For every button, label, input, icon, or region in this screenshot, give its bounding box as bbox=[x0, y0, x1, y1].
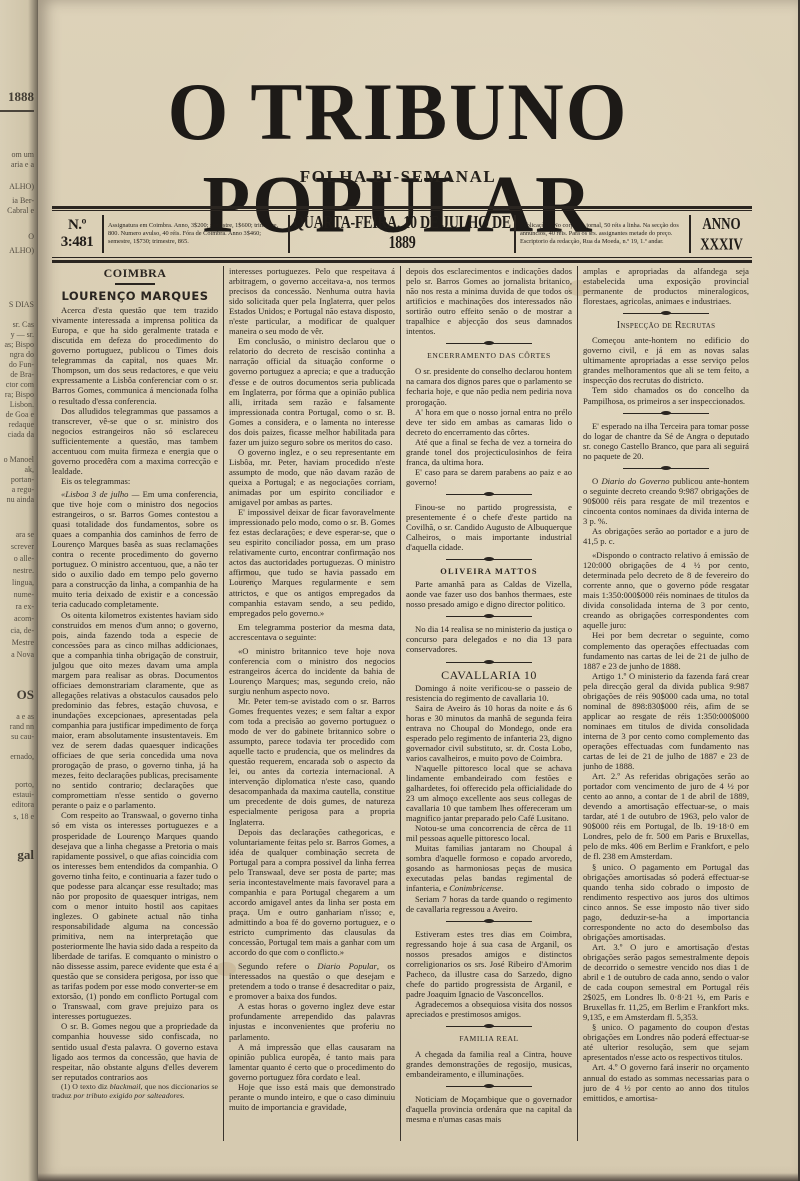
paragraph: N'aquelle pittoresco local que se achava… bbox=[406, 763, 572, 823]
column-divider bbox=[577, 266, 578, 1141]
article-heading: CAVALLARIA 10 bbox=[406, 670, 572, 680]
telegram-text: Em uma conferencia, que tive hoje com o … bbox=[52, 489, 218, 610]
paragraph: E' esperado na ilha Terceira para tomar … bbox=[583, 421, 749, 461]
previous-page-fragment: porto, bbox=[0, 780, 34, 789]
previous-page-fragment: a Nova bbox=[0, 650, 34, 659]
paragraph: Mr. Peter tem-se avistado com o sr. Barr… bbox=[229, 696, 395, 827]
previous-page-fragment: ernado, bbox=[0, 752, 34, 761]
section-heading: COIMBRA bbox=[52, 268, 218, 278]
newspaper-page: O TRIBUNO POPULAR FOLHA BI-SEMANAL N.º 3… bbox=[38, 0, 798, 1181]
previous-page-fragment: o alle- bbox=[0, 554, 34, 563]
previous-page-fragment: ra; Bispo bbox=[0, 390, 34, 399]
paragraph: Artigo 1.º O ministerio da fazenda fará … bbox=[583, 671, 749, 771]
subscription-prices: Assignatura em Coimbra. Anno, 3$200; sem… bbox=[104, 222, 288, 246]
paragraph-text: . bbox=[501, 883, 503, 893]
previous-page-fragment: portan- bbox=[0, 475, 34, 484]
paragraph: Seriam 7 horas da tarde quando o regimen… bbox=[406, 894, 572, 914]
ornament-rule bbox=[446, 559, 532, 560]
paragraph: Agradecemos a obsequiosa visita dos noss… bbox=[406, 999, 572, 1019]
paragraph: § unico. O pagamento do coupon d'estas o… bbox=[583, 1022, 749, 1062]
telegram-paragraph: «Lisboa 3 de julho — Em uma conferencia,… bbox=[52, 489, 218, 610]
ornament-rule bbox=[623, 413, 709, 414]
paragraph: A má impressão que ellas causaram na opi… bbox=[229, 1042, 395, 1082]
paragraph: A chegada da familia real a Cintra, houv… bbox=[406, 1049, 572, 1079]
paragraph: O governo inglez, e o seu representante … bbox=[229, 447, 395, 507]
issue-date: QUARTA-FEIRA, 10 DE JULHO DE 1889 bbox=[290, 214, 514, 254]
paragraph: Estiveram estes tres dias em Coimbra, re… bbox=[406, 929, 572, 999]
ornament-rule bbox=[446, 343, 532, 344]
ornament-rule bbox=[446, 616, 532, 617]
article-heading: Inspecção de Recrutas bbox=[583, 321, 749, 331]
previous-page-fragment: OS bbox=[0, 690, 34, 699]
paragraph: Com respeito ao Transwaal, o governo tin… bbox=[52, 810, 218, 1021]
header-rule bbox=[52, 257, 752, 258]
paragraph: Art. 3.º O juro e amortisação d'estas ob… bbox=[583, 942, 749, 1022]
paragraph: As obrigações serão ao portador e a juro… bbox=[583, 526, 749, 546]
previous-page-fragment: su cau- bbox=[0, 732, 34, 741]
previous-page-fragment: S DIAS bbox=[0, 300, 34, 309]
paragraph: «O ministro britannico teve hoje nova co… bbox=[229, 646, 395, 696]
paragraph: Em telegramma posterior da mesma data, a… bbox=[229, 622, 395, 642]
previous-page-fragment: de Bra- bbox=[0, 370, 34, 379]
article-headline: LOURENÇO MARQUES bbox=[52, 291, 218, 301]
ornament-rule bbox=[115, 283, 155, 285]
previous-page-fragment: ctor com bbox=[0, 380, 34, 389]
previous-page-fragment: nestre. bbox=[0, 566, 34, 575]
column-divider bbox=[400, 266, 401, 1141]
paragraph: Começou ante-hontem no edificio do gover… bbox=[583, 335, 749, 385]
column-3: depois dos esclarecimentos e indicações … bbox=[406, 266, 572, 1171]
previous-page-fragment: screver bbox=[0, 542, 34, 551]
previous-page-fragment: Lisbon. bbox=[0, 400, 34, 409]
previous-page-fragment: do Fun- bbox=[0, 360, 34, 369]
previous-page-fragment: as; Bispo bbox=[0, 340, 34, 349]
header-rule bbox=[52, 206, 752, 209]
previous-page-fragment: redaque bbox=[0, 420, 34, 429]
telegram-dateline: «Lisboa 3 de julho — bbox=[61, 489, 139, 499]
previous-page-fragment: O bbox=[0, 232, 34, 241]
footnote-text: (1) O texto diz bbox=[61, 1082, 110, 1091]
paragraph: Eis os telegrammas: bbox=[52, 476, 218, 486]
paragraph: Notou-se uma concorrencia de cêrca de 11… bbox=[406, 823, 572, 843]
previous-page-fragment: Mestre bbox=[0, 638, 34, 647]
paragraph: § unico. O pagamento em Portugal das obr… bbox=[583, 862, 749, 942]
previous-page-fragment: o Manoel bbox=[0, 455, 34, 464]
paragraph: O sr. presidente do conselho declarou ho… bbox=[406, 366, 572, 406]
paragraph: Muitas familias jantaram no Choupal á so… bbox=[406, 843, 572, 893]
previous-page-rule bbox=[0, 110, 34, 112]
previous-page-fragment: sr. Cas bbox=[0, 320, 34, 329]
publication-name: Diario Popular bbox=[317, 961, 376, 971]
previous-page-fragment: a regu- bbox=[0, 485, 34, 494]
paragraph: Hei por bem decretar o seguinte, como co… bbox=[583, 630, 749, 670]
previous-page-fragment: nume- bbox=[0, 590, 34, 599]
ornament-rule bbox=[623, 313, 709, 314]
footnote-text: blackmail bbox=[110, 1082, 141, 1091]
previous-page-fragment: de Goa e bbox=[0, 410, 34, 419]
column-4: amplas e apropriadas da alfandega seja e… bbox=[583, 266, 749, 1171]
ornament-rule bbox=[623, 468, 709, 469]
paragraph: amplas e apropriadas da alfandega seja e… bbox=[583, 266, 749, 306]
newspaper-subtitle: FOLHA BI-SEMANAL bbox=[78, 167, 718, 187]
paragraph: Parte amanhã para as Caldas de Vizella, … bbox=[406, 579, 572, 609]
paragraph: depois dos esclarecimentos e indicações … bbox=[406, 266, 572, 336]
ornament-rule bbox=[446, 921, 532, 922]
header-rule bbox=[52, 260, 752, 263]
previous-page-fragment: acom- bbox=[0, 614, 34, 623]
ornament-rule bbox=[446, 494, 532, 495]
paragraph: Finou-se no partido progressista, e pres… bbox=[406, 502, 572, 552]
previous-page-fragment: gal bbox=[0, 850, 34, 859]
previous-page-year: 1888 bbox=[0, 92, 34, 101]
previous-page-fragment: ALHO) bbox=[0, 182, 34, 191]
previous-page-fragment: Cabral e bbox=[0, 206, 34, 215]
ornament-rule bbox=[446, 662, 532, 663]
paragraph: «Dispondo o contracto relativo á emissão… bbox=[583, 550, 749, 630]
paragraph: Domingo á noite verificou-se o passeio d… bbox=[406, 683, 572, 703]
paragraph: O sr. B. Gomes negou que a propriedade d… bbox=[52, 1021, 218, 1081]
paragraph: Depois das declarações cathegoricas, e v… bbox=[229, 827, 395, 958]
ornament-rule bbox=[446, 1026, 532, 1027]
previous-page-fragment: lingua, bbox=[0, 578, 34, 587]
article-columns: COIMBRA LOURENÇO MARQUES Acerca d'esta q… bbox=[52, 266, 752, 1171]
footnote: (1) O texto diz blackmail, que nos dicci… bbox=[52, 1082, 218, 1100]
publication-name: Conimbricense bbox=[449, 883, 501, 893]
paragraph: Hoje que isso está mais que demonstrado … bbox=[229, 1082, 395, 1112]
paragraph: Acerca d'esta questão que tem trazido vi… bbox=[52, 305, 218, 405]
paragraph: Art. 2.º As referidas obrigações serão a… bbox=[583, 771, 749, 861]
issue-info-bar: N.º 3:481 Assignatura em Coimbra. Anno, … bbox=[52, 213, 752, 255]
paragraph: interesses portuguezes. Pelo que respeit… bbox=[229, 266, 395, 336]
previous-page-fragment: s, 18 e bbox=[0, 812, 34, 821]
ornament-rule bbox=[446, 1086, 532, 1087]
previous-page-edge: 1888om umaria e aALHO)ia Ber-Cabral eOAL… bbox=[0, 0, 40, 1181]
paragraph-text: Segundo refere o bbox=[238, 961, 317, 971]
previous-page-fragment: om um bbox=[0, 150, 34, 159]
article-heading: FAMILIA REAL bbox=[406, 1034, 572, 1044]
header-rule bbox=[52, 210, 752, 211]
previous-page-fragment: ia Ber- bbox=[0, 196, 34, 205]
publication-name: Diario do Governo bbox=[601, 476, 669, 486]
paragraph: Noticiam de Moçambique que o governador … bbox=[406, 1094, 572, 1124]
previous-page-fragment: a e as bbox=[0, 712, 34, 721]
paragraph: Tem sido chamados os do concelho da Pamp… bbox=[583, 385, 749, 405]
previous-page-fragment: ra ex- bbox=[0, 602, 34, 611]
column-divider bbox=[223, 266, 224, 1141]
paragraph: E' caso para se darem parabens ao paiz e… bbox=[406, 467, 572, 487]
paragraph: Segundo refere o Diario Popular, os inte… bbox=[229, 961, 395, 1001]
paragraph: A' hora em que o nosso jornal entra no p… bbox=[406, 407, 572, 437]
previous-page-fragment: ALHO) bbox=[0, 246, 34, 255]
paragraph: O Diario do Governo publicou ante-hontem… bbox=[583, 476, 749, 526]
previous-page-fragment: aria e a bbox=[0, 160, 34, 169]
previous-page-fragment: estaui- bbox=[0, 790, 34, 799]
previous-page-fragment: ara se bbox=[0, 530, 34, 539]
issue-number: N.º 3:481 bbox=[52, 217, 102, 251]
previous-page-fragment: rand nn bbox=[0, 722, 34, 731]
article-heading: OLIVEIRA MATTOS bbox=[406, 567, 572, 577]
previous-page-fragment: y — sr. bbox=[0, 330, 34, 339]
article-heading: ENCERRAMENTO DAS CÔRTES bbox=[406, 351, 572, 361]
paragraph: No dia 14 realisa se no ministerio da ju… bbox=[406, 624, 572, 654]
footnote-text: por tributo exigido por salteadores. bbox=[73, 1091, 184, 1100]
column-1: COIMBRA LOURENÇO MARQUES Acerca d'esta q… bbox=[52, 266, 218, 1171]
previous-page-fragment: ngra do bbox=[0, 350, 34, 359]
paragraph: E' impossivel deixar de ficar favoravelm… bbox=[229, 507, 395, 618]
paragraph: Art. 4.º O governo fará inserir no orçam… bbox=[583, 1062, 749, 1102]
paragraph: Até que a final se fecha de vez a tornei… bbox=[406, 437, 572, 467]
previous-page-fragment: ciada da bbox=[0, 430, 34, 439]
paragraph: Em conclusão, o ministro declarou que o … bbox=[229, 336, 395, 447]
previous-page-fragment: editora bbox=[0, 800, 34, 809]
previous-page-fragment: nu ainda bbox=[0, 495, 34, 504]
publication-prices: Publicações. No corpo do jornal, 50 réis… bbox=[516, 222, 689, 246]
paragraph: Os oitenta kilometros existentes haviam … bbox=[52, 610, 218, 811]
year-volume: ANNO XXXIV bbox=[691, 213, 752, 255]
column-2: interesses portuguezes. Pelo que respeit… bbox=[229, 266, 395, 1171]
paragraph: Dos alludidos telegrammas que passamos a… bbox=[52, 406, 218, 476]
previous-page-fragment: ak, bbox=[0, 465, 34, 474]
paragraph: Saira de Aveiro ás 10 horas da noite e á… bbox=[406, 703, 572, 763]
paragraph: A estas horas o governo inglez deve esta… bbox=[229, 1001, 395, 1041]
previous-page-fragment: cia, de- bbox=[0, 626, 34, 635]
